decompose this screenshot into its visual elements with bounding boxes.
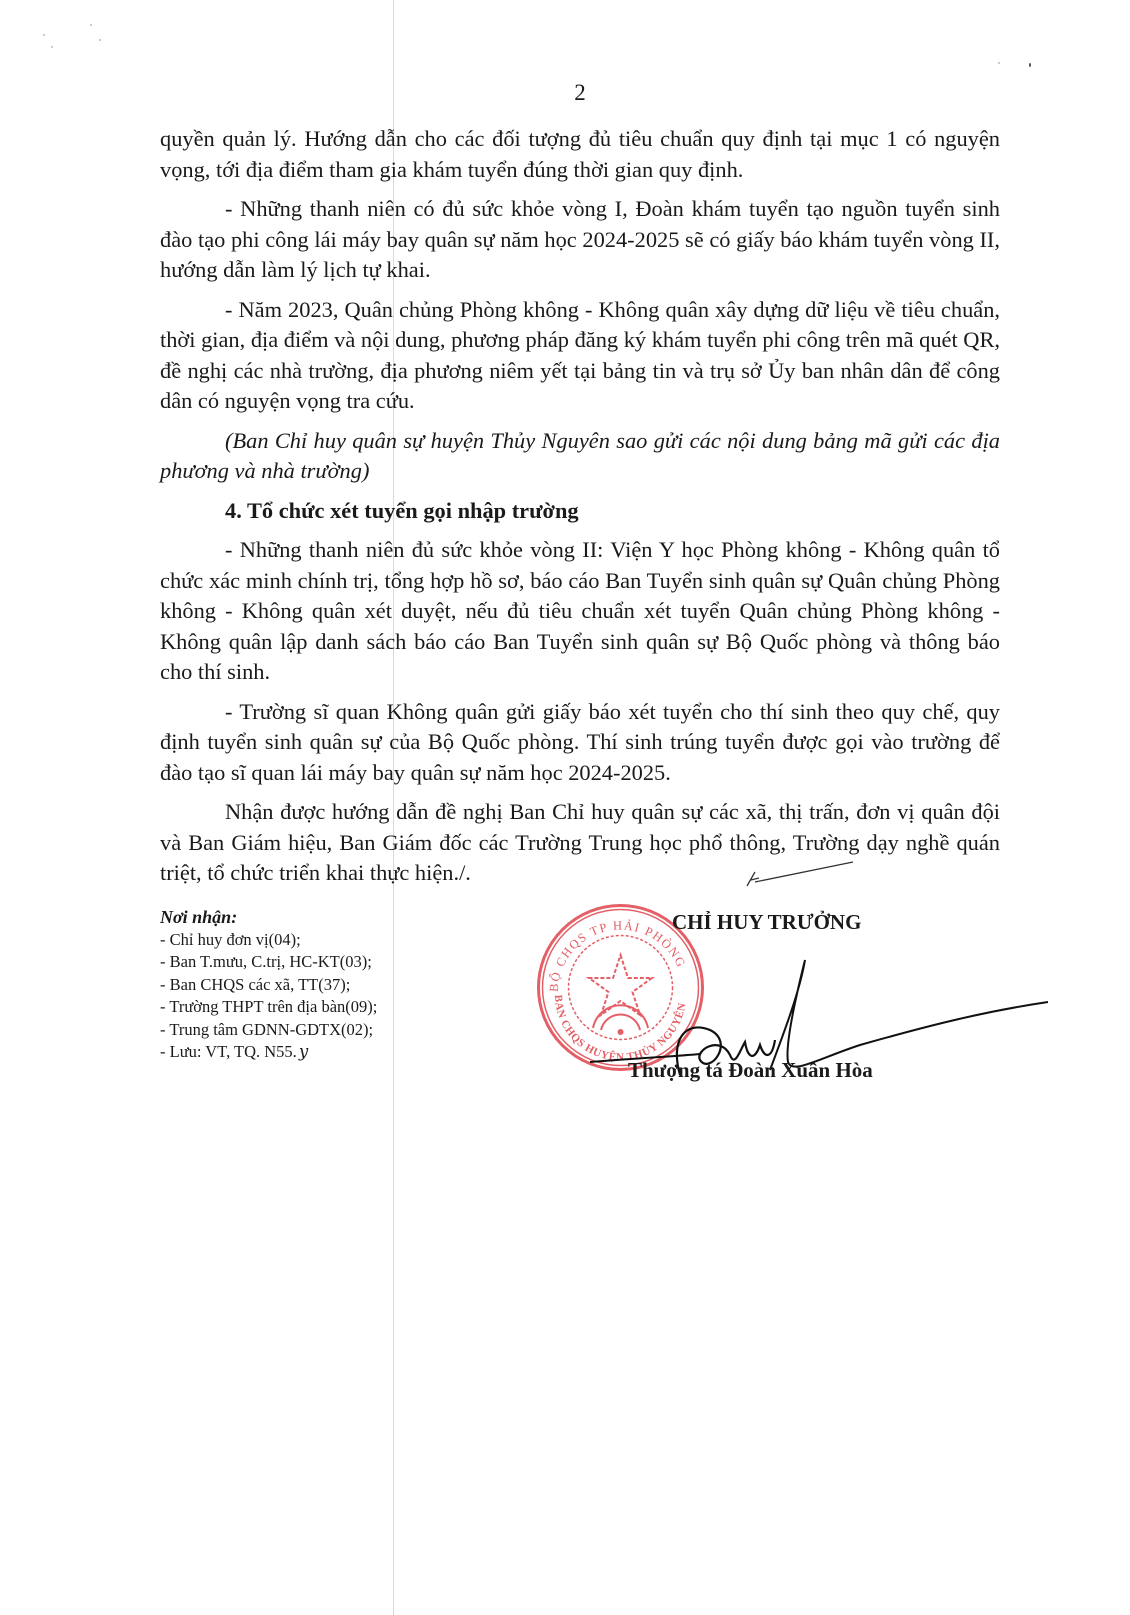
handwritten-initial: y: [299, 1041, 308, 1064]
paragraph-round-two-notice: - Những thanh niên có đủ sức khỏe vòng I…: [160, 194, 1000, 286]
handwritten-tick-icon: [745, 860, 855, 890]
recipient-item: - Ban T.mưu, C.trị, HC-KT(03);: [160, 951, 377, 974]
scan-speck: [1029, 63, 1031, 67]
scan-speck: [90, 24, 92, 26]
paragraph-closing: Nhận được hướng dẫn đề nghị Ban Chỉ huy …: [160, 797, 1000, 889]
scan-speck: [99, 39, 101, 41]
recipient-item: - Ban CHQS các xã, TT(37);: [160, 974, 377, 997]
recipient-item: - Trường THPT trên địa bàn(09);: [160, 996, 377, 1019]
document-body: quyền quản lý. Hướng dẫn cho các đối tượ…: [160, 124, 1000, 898]
paragraph-note: (Ban Chỉ huy quân sự huyện Thủy Nguyên s…: [160, 426, 1000, 487]
recipient-item: - Chỉ huy đơn vị(04);: [160, 929, 377, 952]
scan-speck: [998, 62, 1000, 64]
scan-speck: [43, 34, 45, 36]
signer-title: CHỈ HUY TRƯỞNG: [672, 910, 861, 935]
recipient-item: - Lưu: VT, TQ. N55.y: [160, 1041, 377, 1064]
scan-speck: [51, 46, 53, 48]
recipients-title: Nơi nhận:: [160, 906, 377, 929]
paragraph-continuation: quyền quản lý. Hướng dẫn cho các đối tượ…: [160, 124, 1000, 185]
paragraph-admission-notice: - Trường sĩ quan Không quân gửi giấy báo…: [160, 697, 1000, 789]
signer-name: Thượng tá Đoàn Xuân Hòa: [628, 1058, 873, 1083]
paragraph-qr-data: - Năm 2023, Quân chủng Phòng không - Khô…: [160, 295, 1000, 417]
recipients-list: Nơi nhận: - Chỉ huy đơn vị(04); - Ban T.…: [160, 906, 377, 1064]
page-number: 2: [0, 80, 1130, 106]
paragraph-verification: - Những thanh niên đủ sức khỏe vòng II: …: [160, 535, 1000, 688]
recipient-item: - Trung tâm GDNN-GDTX(02);: [160, 1019, 377, 1042]
section-heading: 4. Tổ chức xét tuyển gọi nhập trường: [160, 496, 1000, 527]
recipient-archive-text: - Lưu: VT, TQ. N55.: [160, 1042, 297, 1061]
